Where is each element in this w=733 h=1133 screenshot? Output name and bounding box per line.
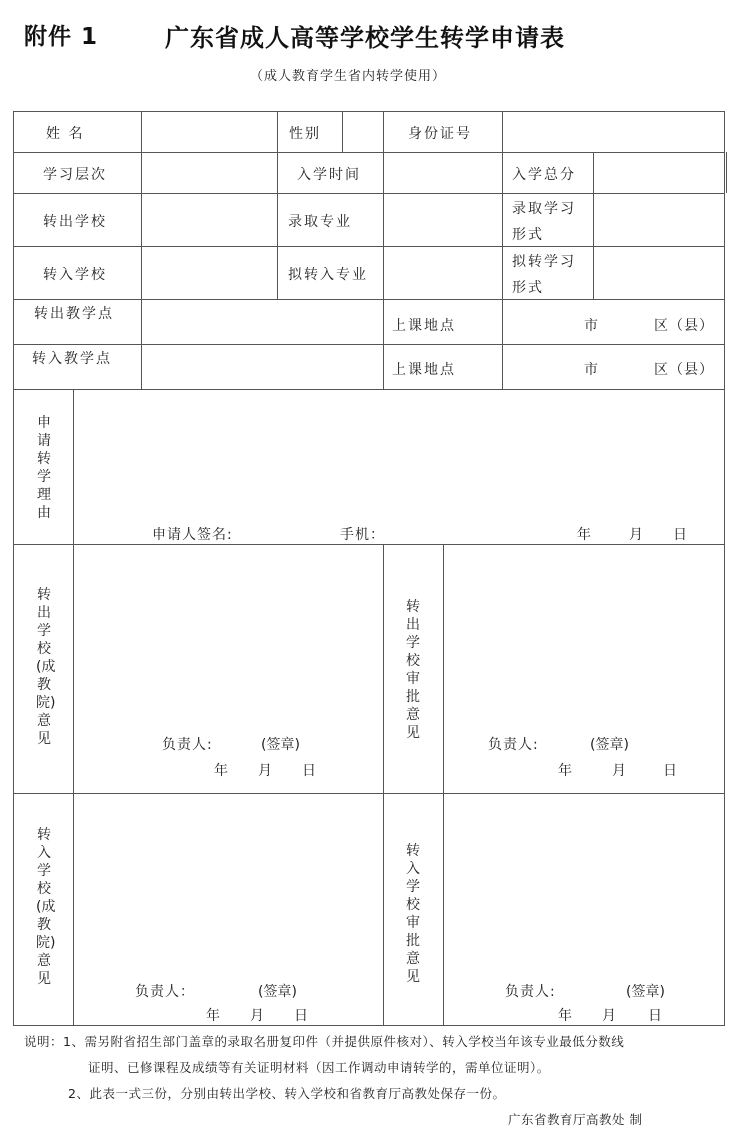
year-label: 年 xyxy=(577,524,593,544)
note-line-1: 说明：1、需另附省招生部门盖章的录取名册复印件（并提供原件核对）、转入学校当年该… xyxy=(24,1032,624,1050)
out-school-label: 转出学校 xyxy=(43,211,107,231)
in-school-day-label: 日 xyxy=(648,1005,664,1025)
in-college-seal-label: (签章) xyxy=(258,981,297,1001)
in-city-field[interactable] xyxy=(504,346,584,388)
grid-line xyxy=(502,111,503,389)
in-college-month-label: 月 xyxy=(250,1005,266,1025)
study-level-field[interactable] xyxy=(143,154,276,192)
out-school-seal-label: (签章) xyxy=(590,734,629,754)
out-school-year-label: 年 xyxy=(558,760,574,780)
admit-mode-field[interactable] xyxy=(595,195,723,245)
target-major-label: 拟转入专业 xyxy=(288,264,368,284)
in-college-responsible-label: 负责人： xyxy=(135,981,195,1001)
in-school-responsible-label: 负责人: xyxy=(505,981,556,1001)
note-line-2: 证明、已修课程及成绩等有关证明材料（因工作调动申请转学的，需单位证明）。 xyxy=(88,1058,550,1076)
form-subtitle: （成人教育学生省内转学使用） xyxy=(250,65,446,84)
total-score-field[interactable] xyxy=(595,154,724,192)
out-district-field[interactable] xyxy=(600,301,652,343)
grid-line xyxy=(13,193,725,194)
id-number-label: 身份证号 xyxy=(408,123,472,143)
grid-line xyxy=(13,299,725,300)
admit-major-label: 录取专业 xyxy=(288,211,352,231)
in-college-year-label: 年 xyxy=(206,1005,222,1025)
out-school-approval-label: 转出学校审批意见 xyxy=(405,598,421,742)
out-city-label: 市 xyxy=(584,315,600,335)
in-school-month-label: 月 xyxy=(602,1005,618,1025)
grid-line xyxy=(13,389,725,390)
grid-line xyxy=(13,344,725,345)
applicant-signature-label: 申请人签名: xyxy=(152,524,233,544)
out-district-label: 区（县） xyxy=(654,315,714,335)
in-school-label: 转入学校 xyxy=(43,264,107,284)
applicant-signature-field[interactable] xyxy=(245,516,335,542)
in-district-field[interactable] xyxy=(600,346,652,388)
total-score-label: 入学总分 xyxy=(512,164,576,184)
grid-line xyxy=(13,793,725,794)
in-school-approval-label: 转入学校审批意见 xyxy=(405,842,421,986)
out-college-year-label: 年 xyxy=(214,760,230,780)
grid-line xyxy=(73,389,74,1025)
grid-line xyxy=(13,111,725,112)
note-line-3: 2、此表一式三份，分别由转出学校、转入学校和省教育厅高教处保存一份。 xyxy=(68,1084,505,1102)
in-class-location-label: 上课地点 xyxy=(392,359,456,379)
target-mode-field[interactable] xyxy=(595,248,723,298)
out-college-opinion-label: 转出学校(成教院)意见 xyxy=(36,586,52,748)
grid-line xyxy=(13,152,725,153)
phone-field[interactable] xyxy=(385,516,565,542)
in-teaching-point-field[interactable] xyxy=(143,346,382,388)
grid-line xyxy=(383,111,384,389)
reason-field[interactable] xyxy=(75,391,723,511)
out-college-opinion-field[interactable] xyxy=(75,546,382,726)
grid-line xyxy=(443,544,444,1025)
grid-line xyxy=(277,111,278,299)
in-school-approval-field[interactable] xyxy=(445,795,723,970)
gender-field[interactable] xyxy=(344,113,382,151)
grid-line xyxy=(13,246,725,247)
in-college-opinion-label: 转入学校(成教院)意见 xyxy=(36,826,52,988)
out-school-approval-field[interactable] xyxy=(445,546,723,726)
out-college-responsible-label: 负责人: xyxy=(162,734,213,754)
out-teaching-point-field[interactable] xyxy=(143,301,382,343)
gender-label: 性别 xyxy=(289,123,321,143)
id-number-field[interactable] xyxy=(504,113,723,151)
out-school-day-label: 日 xyxy=(663,760,679,780)
admit-major-field[interactable] xyxy=(385,195,501,245)
out-city-field[interactable] xyxy=(504,301,584,343)
target-mode-label: 拟转学习 xyxy=(512,251,576,271)
in-college-day-label: 日 xyxy=(294,1005,310,1025)
attachment-label: 附件 1 xyxy=(24,18,98,51)
enroll-time-label: 入学时间 xyxy=(297,164,361,184)
admit-mode-label: 录取学习 xyxy=(512,198,576,218)
grid-line xyxy=(724,111,725,1025)
in-district-label: 区（县） xyxy=(654,359,714,379)
in-school-year-label: 年 xyxy=(558,1005,574,1025)
name-field[interactable] xyxy=(143,113,276,151)
in-city-label: 市 xyxy=(584,359,600,379)
form-title: 广东省成人高等学校学生转学申请表 xyxy=(165,18,565,53)
grid-line xyxy=(13,111,14,1025)
in-college-opinion-field[interactable] xyxy=(75,795,382,970)
out-college-seal-label: (签章) xyxy=(261,734,300,754)
out-school-month-label: 月 xyxy=(612,760,628,780)
in-school-field[interactable] xyxy=(143,248,276,298)
reason-label: 申请转学理由 xyxy=(36,414,52,522)
grid-line xyxy=(726,152,727,193)
grid-line xyxy=(13,1025,725,1026)
enroll-time-field[interactable] xyxy=(385,154,501,192)
study-level-label: 学习层次 xyxy=(43,164,107,184)
in-teaching-point-label: 转入教学点 xyxy=(32,348,112,368)
month-label: 月 xyxy=(629,524,645,544)
grid-line xyxy=(342,111,343,152)
target-mode-label-2: 形式 xyxy=(512,277,544,297)
out-college-month-label: 月 xyxy=(258,760,274,780)
grid-line xyxy=(593,152,594,299)
out-college-day-label: 日 xyxy=(302,760,318,780)
issuer-label: 广东省教育厅高教处 制 xyxy=(508,1110,642,1128)
grid-line xyxy=(383,544,384,1025)
name-label: 姓 名 xyxy=(46,123,84,143)
in-school-seal-label: (签章) xyxy=(626,981,665,1001)
out-class-location-label: 上课地点 xyxy=(392,315,456,335)
day-label: 日 xyxy=(673,524,689,544)
admit-mode-label-2: 形式 xyxy=(512,224,544,244)
grid-line xyxy=(141,111,142,389)
grid-line xyxy=(13,544,725,545)
out-teaching-point-label: 转出教学点 xyxy=(34,303,114,323)
target-major-field[interactable] xyxy=(385,248,501,298)
out-school-responsible-label: 负责人: xyxy=(488,734,539,754)
out-school-field[interactable] xyxy=(143,195,276,245)
phone-label: 手机： xyxy=(340,524,385,544)
